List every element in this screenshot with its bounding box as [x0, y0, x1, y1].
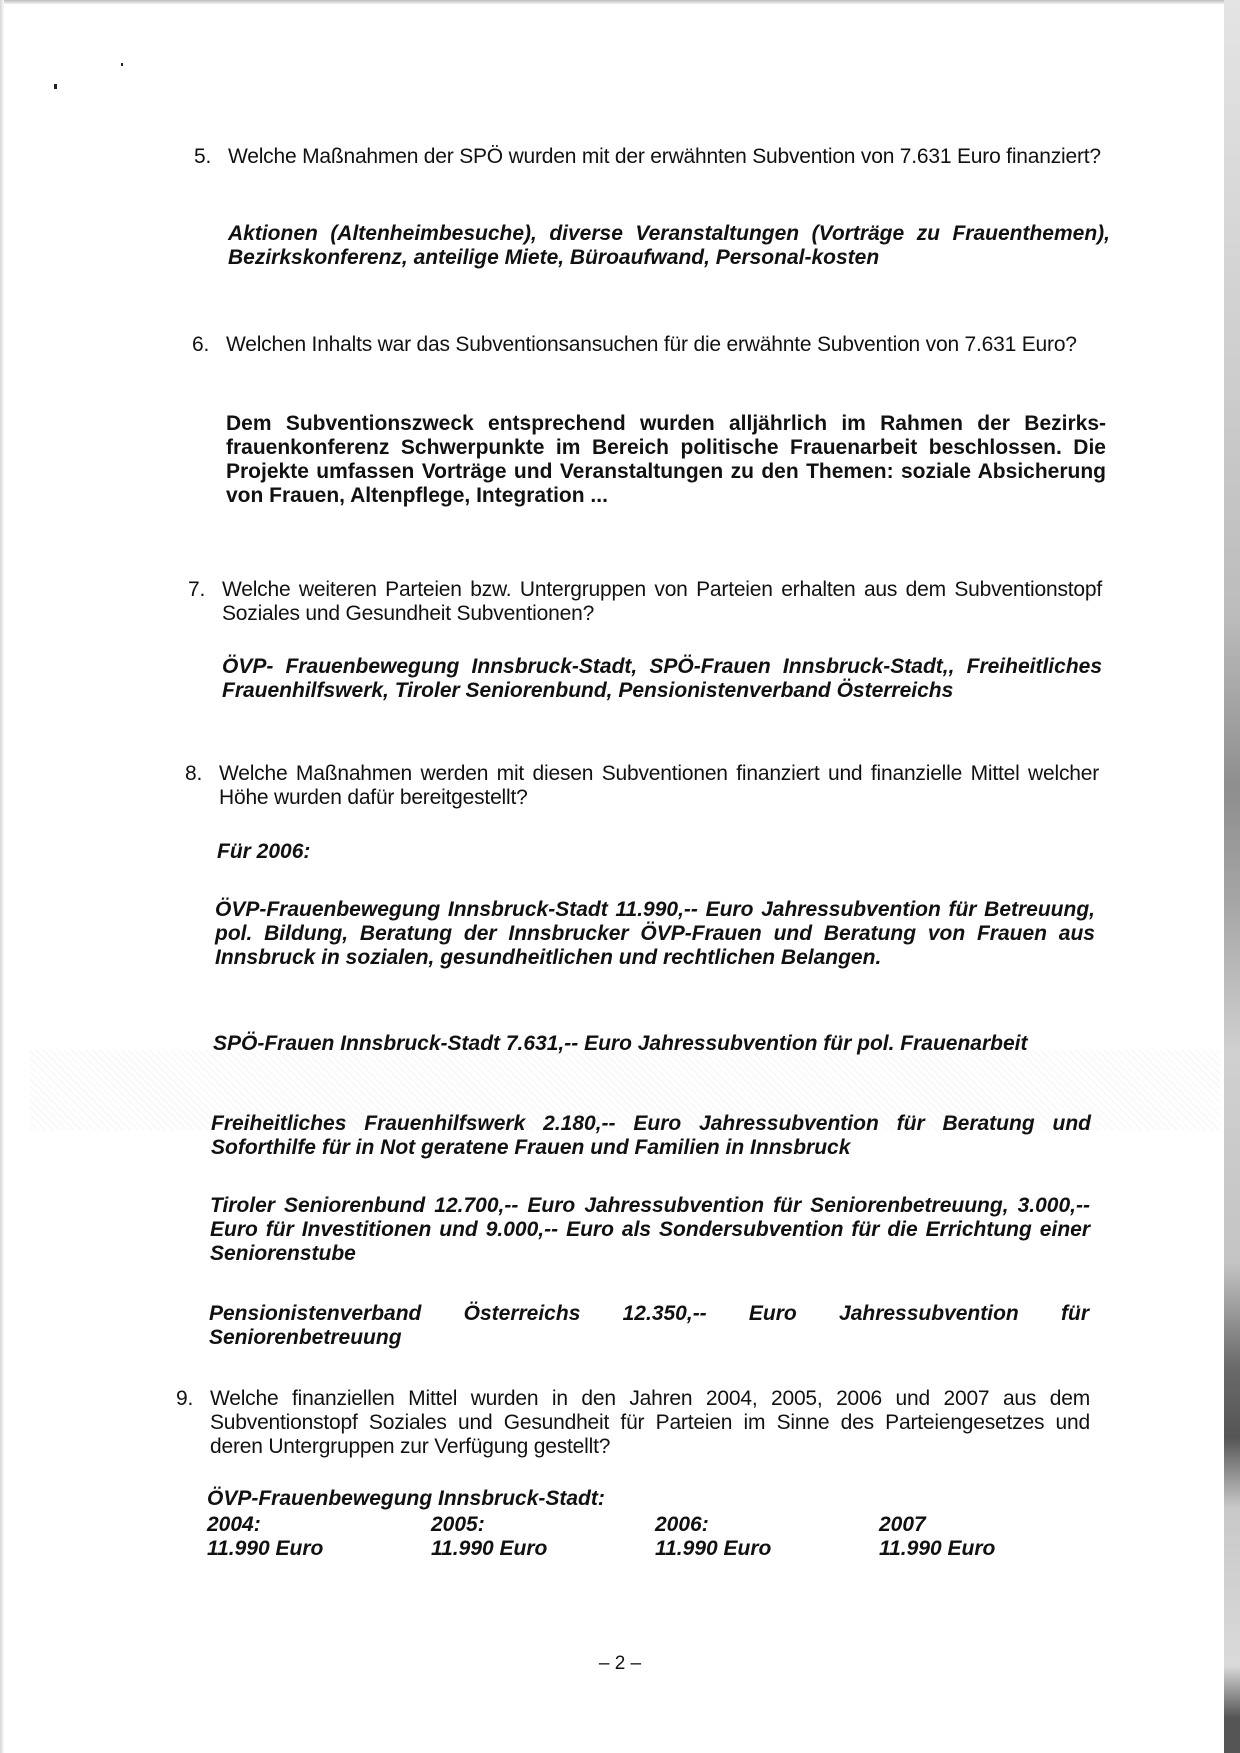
funding-table: ÖVP-Frauenbewegung Innsbruck-Stadt: 2004…: [207, 1487, 1103, 1561]
question-6: 6. Welchen Inhalts war das Subventionsan…: [226, 333, 1106, 357]
question-9: 9. Welche finanziellen Mittel wurden in …: [210, 1387, 1090, 1459]
answer-6: Dem Subventionszweck entsprechend wurden…: [226, 412, 1106, 508]
amount-value: 11.990 Euro: [431, 1537, 655, 1561]
answer-text: Pensionistenverband Österreichs 12.350,-…: [209, 1302, 1089, 1350]
scan-speck: [121, 63, 123, 66]
answer-8-item: Pensionistenverband Österreichs 12.350,-…: [209, 1302, 1089, 1350]
page-number: – 2 –: [0, 1653, 1240, 1675]
answer-text: Aktionen (Altenheimbesuche), diverse Ver…: [228, 222, 1110, 270]
answer-8-item: ÖVP-Frauenbewegung Innsbruck-Stadt 11.99…: [215, 898, 1095, 970]
question-5: 5. Welche Maßnahmen der SPÖ wurden mit d…: [228, 145, 1110, 169]
question-8: 8. Welche Maßnahmen werden mit diesen Su…: [219, 762, 1099, 810]
question-number: 5.: [194, 145, 211, 169]
year-label: 2004:: [207, 1513, 431, 1537]
amount-value: 11.990 Euro: [207, 1537, 431, 1561]
funding-table-title: ÖVP-Frauenbewegung Innsbruck-Stadt:: [207, 1487, 1103, 1511]
funding-amounts-row: 11.990 Euro 11.990 Euro 11.990 Euro 11.9…: [207, 1537, 1103, 1561]
question-text: Welche Maßnahmen der SPÖ wurden mit der …: [228, 145, 1110, 169]
answer-text: Freiheitliches Frauenhilfswerk 2.180,-- …: [211, 1112, 1091, 1160]
question-number: 7.: [188, 578, 205, 602]
year-label: 2007: [879, 1513, 1103, 1537]
answer-8-item: SPÖ-Frauen Innsbruck-Stadt 7.631,-- Euro…: [213, 1032, 1093, 1056]
question-7: 7. Welche weiteren Parteien bzw. Untergr…: [222, 578, 1102, 626]
scan-edge-left: [0, 0, 4, 1753]
question-text: Welche weiteren Parteien bzw. Untergrupp…: [222, 578, 1102, 626]
answer-8-item: Freiheitliches Frauenhilfswerk 2.180,-- …: [211, 1112, 1091, 1160]
answer-text: ÖVP- Frauenbewegung Innsbruck-Stadt, SPÖ…: [222, 655, 1102, 703]
year-label: 2005:: [431, 1513, 655, 1537]
question-number: 9.: [176, 1387, 193, 1411]
scan-speck: [54, 84, 57, 89]
answer-5: Aktionen (Altenheimbesuche), diverse Ver…: [228, 222, 1110, 270]
amount-value: 11.990 Euro: [879, 1537, 1103, 1561]
answer-heading: Für 2006:: [217, 840, 1097, 864]
amount-value: 11.990 Euro: [655, 1537, 879, 1561]
answer-text: Tiroler Seniorenbund 12.700,-- Euro Jahr…: [210, 1194, 1090, 1266]
question-number: 8.: [185, 762, 202, 786]
answer-8-heading: Für 2006:: [217, 840, 1097, 864]
answer-8-item: Tiroler Seniorenbund 12.700,-- Euro Jahr…: [210, 1194, 1090, 1266]
answer-text: ÖVP-Frauenbewegung Innsbruck-Stadt 11.99…: [215, 898, 1095, 970]
year-label: 2006:: [655, 1513, 879, 1537]
scan-edge-right: [1224, 0, 1240, 1753]
question-number: 6.: [192, 333, 209, 357]
answer-text: SPÖ-Frauen Innsbruck-Stadt 7.631,-- Euro…: [213, 1032, 1093, 1056]
question-text: Welche Maßnahmen werden mit diesen Subve…: [219, 762, 1099, 810]
scan-edge-top: [0, 0, 1240, 4]
funding-years-row: 2004: 2005: 2006: 2007: [207, 1513, 1103, 1537]
answer-text: Dem Subventionszweck entsprechend wurden…: [226, 412, 1106, 508]
answer-7: ÖVP- Frauenbewegung Innsbruck-Stadt, SPÖ…: [222, 655, 1102, 703]
question-text: Welche finanziellen Mittel wurden in den…: [210, 1387, 1090, 1459]
question-text: Welchen Inhalts war das Subventionsansuc…: [226, 333, 1106, 357]
